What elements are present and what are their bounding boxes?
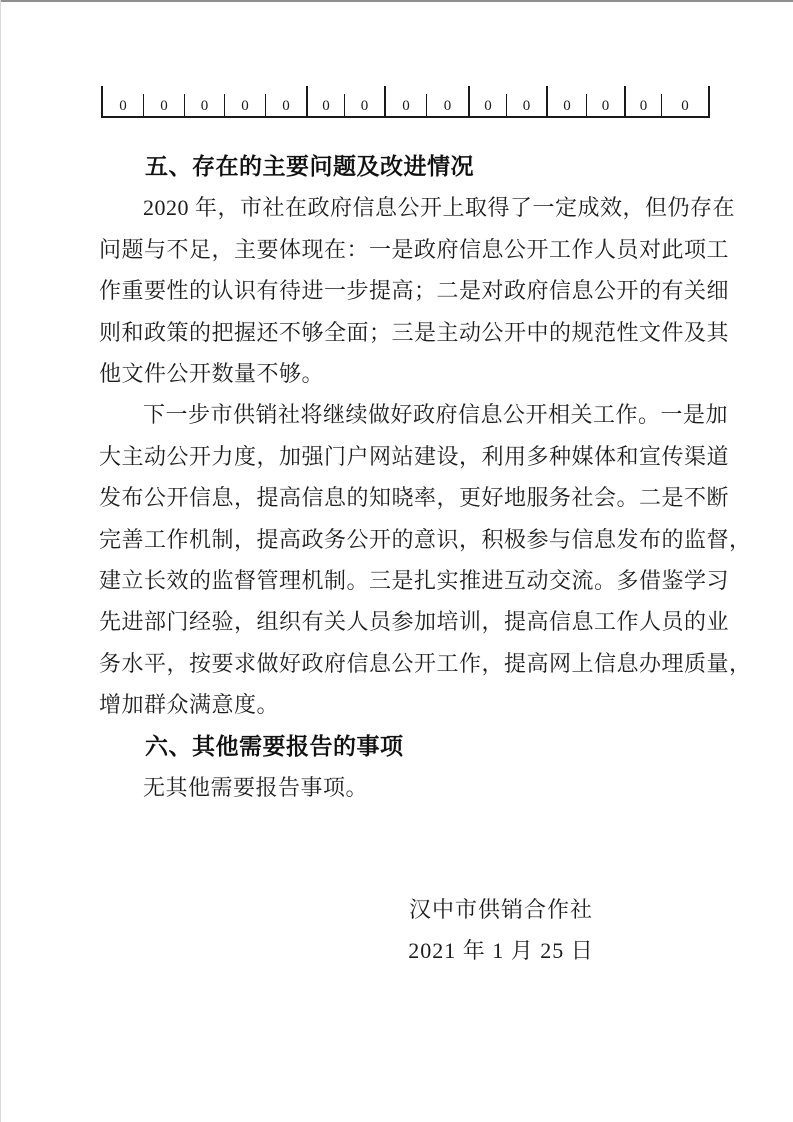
table-cell-value: 0 [361, 99, 369, 114]
table-cell: 0 [384, 86, 426, 116]
table-cell: 0 [184, 94, 224, 116]
table-cell-value: 0 [201, 99, 209, 114]
paragraph-1-line: 问题与不足，主要体现在：一是政府信息公开工作人员对此项工 [99, 229, 711, 270]
table-cell-value: 0 [402, 99, 410, 114]
paragraph-1-line: 2020 年，市社在政府信息公开上取得了一定成效，但仍存在 [99, 187, 711, 228]
section-5-heading: 五、存在的主要问题及改进情况 [99, 146, 711, 187]
table-cell: 0 [265, 94, 306, 116]
paragraph-2-line: 先进部门经验，组织有关人员参加培训，提高信息工作人员的业 [99, 601, 711, 642]
signature-date: 2021 年 1 月 25 日 [351, 930, 651, 971]
document-page: 0 0 0 0 0 0 0 0 0 0 0 0 0 0 0 五、存在的主要问题及… [0, 0, 793, 1122]
table-cell: 0 [546, 86, 586, 116]
table-cell-value: 0 [282, 99, 290, 114]
paragraph-1-line: 作重要性的认识有待进一步提高；二是对政府信息公开的有关细 [99, 270, 711, 311]
page-top-edge-line [1, 0, 793, 2]
table-cell: 0 [624, 86, 661, 116]
paragraph-2-line: 建立长效的监督管理机制。三是扎实推进互动交流。多借鉴学习 [99, 560, 711, 601]
table-cell: 0 [306, 86, 344, 116]
table-cell: 0 [224, 94, 265, 116]
paragraph-3-line: 无其他需要报告事项。 [99, 767, 711, 808]
table-cell-value: 0 [523, 99, 531, 114]
table-cell-value: 0 [241, 99, 249, 114]
table-cell: 0 [506, 94, 546, 116]
document-body: 五、存在的主要问题及改进情况 2020 年，市社在政府信息公开上取得了一定成效，… [99, 146, 711, 809]
table-cell: 0 [101, 86, 143, 116]
table-cell-value: 0 [640, 99, 648, 114]
statistics-table-fragment: 0 0 0 0 0 0 0 0 0 0 0 0 0 0 0 [101, 86, 710, 118]
paragraph-2-line: 增加群众满意度。 [99, 684, 711, 725]
table-cell-value: 0 [119, 99, 127, 114]
table-cell-value: 0 [681, 99, 689, 114]
table-cell-value: 0 [602, 99, 610, 114]
table-cell: 0 [426, 94, 468, 116]
table-cell: 0 [143, 94, 184, 116]
paragraph-1-line: 则和政策的把握还不够全面；三是主动公开中的规范性文件及其 [99, 312, 711, 353]
table-cell-value: 0 [484, 99, 492, 114]
table-cell-value: 0 [444, 99, 452, 114]
paragraph-1-line: 他文件公开数量不够。 [99, 353, 711, 394]
table-cell-value: 0 [563, 99, 571, 114]
paragraph-2-line: 发布公开信息，提高信息的知晓率，更好地服务社会。二是不断 [99, 477, 711, 518]
signature-block: 汉中市供销合作社 2021 年 1 月 25 日 [351, 889, 651, 972]
table-cell-value: 0 [322, 99, 330, 114]
table-cell: 0 [344, 94, 384, 116]
table-cell: 0 [586, 94, 624, 116]
table-cell: 0 [468, 86, 506, 116]
section-6-heading: 六、其他需要报告的事项 [99, 726, 711, 767]
table-cell: 0 [661, 94, 708, 116]
paragraph-2-line: 完善工作机制，提高政务公开的意识，积极参与信息发布的监督， [99, 519, 711, 560]
table-cell-value: 0 [160, 99, 168, 114]
paragraph-2-line: 务水平，按要求做好政府信息公开工作，提高网上信息办理质量， [99, 643, 711, 684]
signature-organization: 汉中市供销合作社 [351, 889, 651, 930]
paragraph-2-line: 大主动公开力度，加强门户网站建设，利用多种媒体和宣传渠道 [99, 436, 711, 477]
paragraph-2-line: 下一步市供销社将继续做好政府信息公开相关工作。一是加 [99, 394, 711, 435]
